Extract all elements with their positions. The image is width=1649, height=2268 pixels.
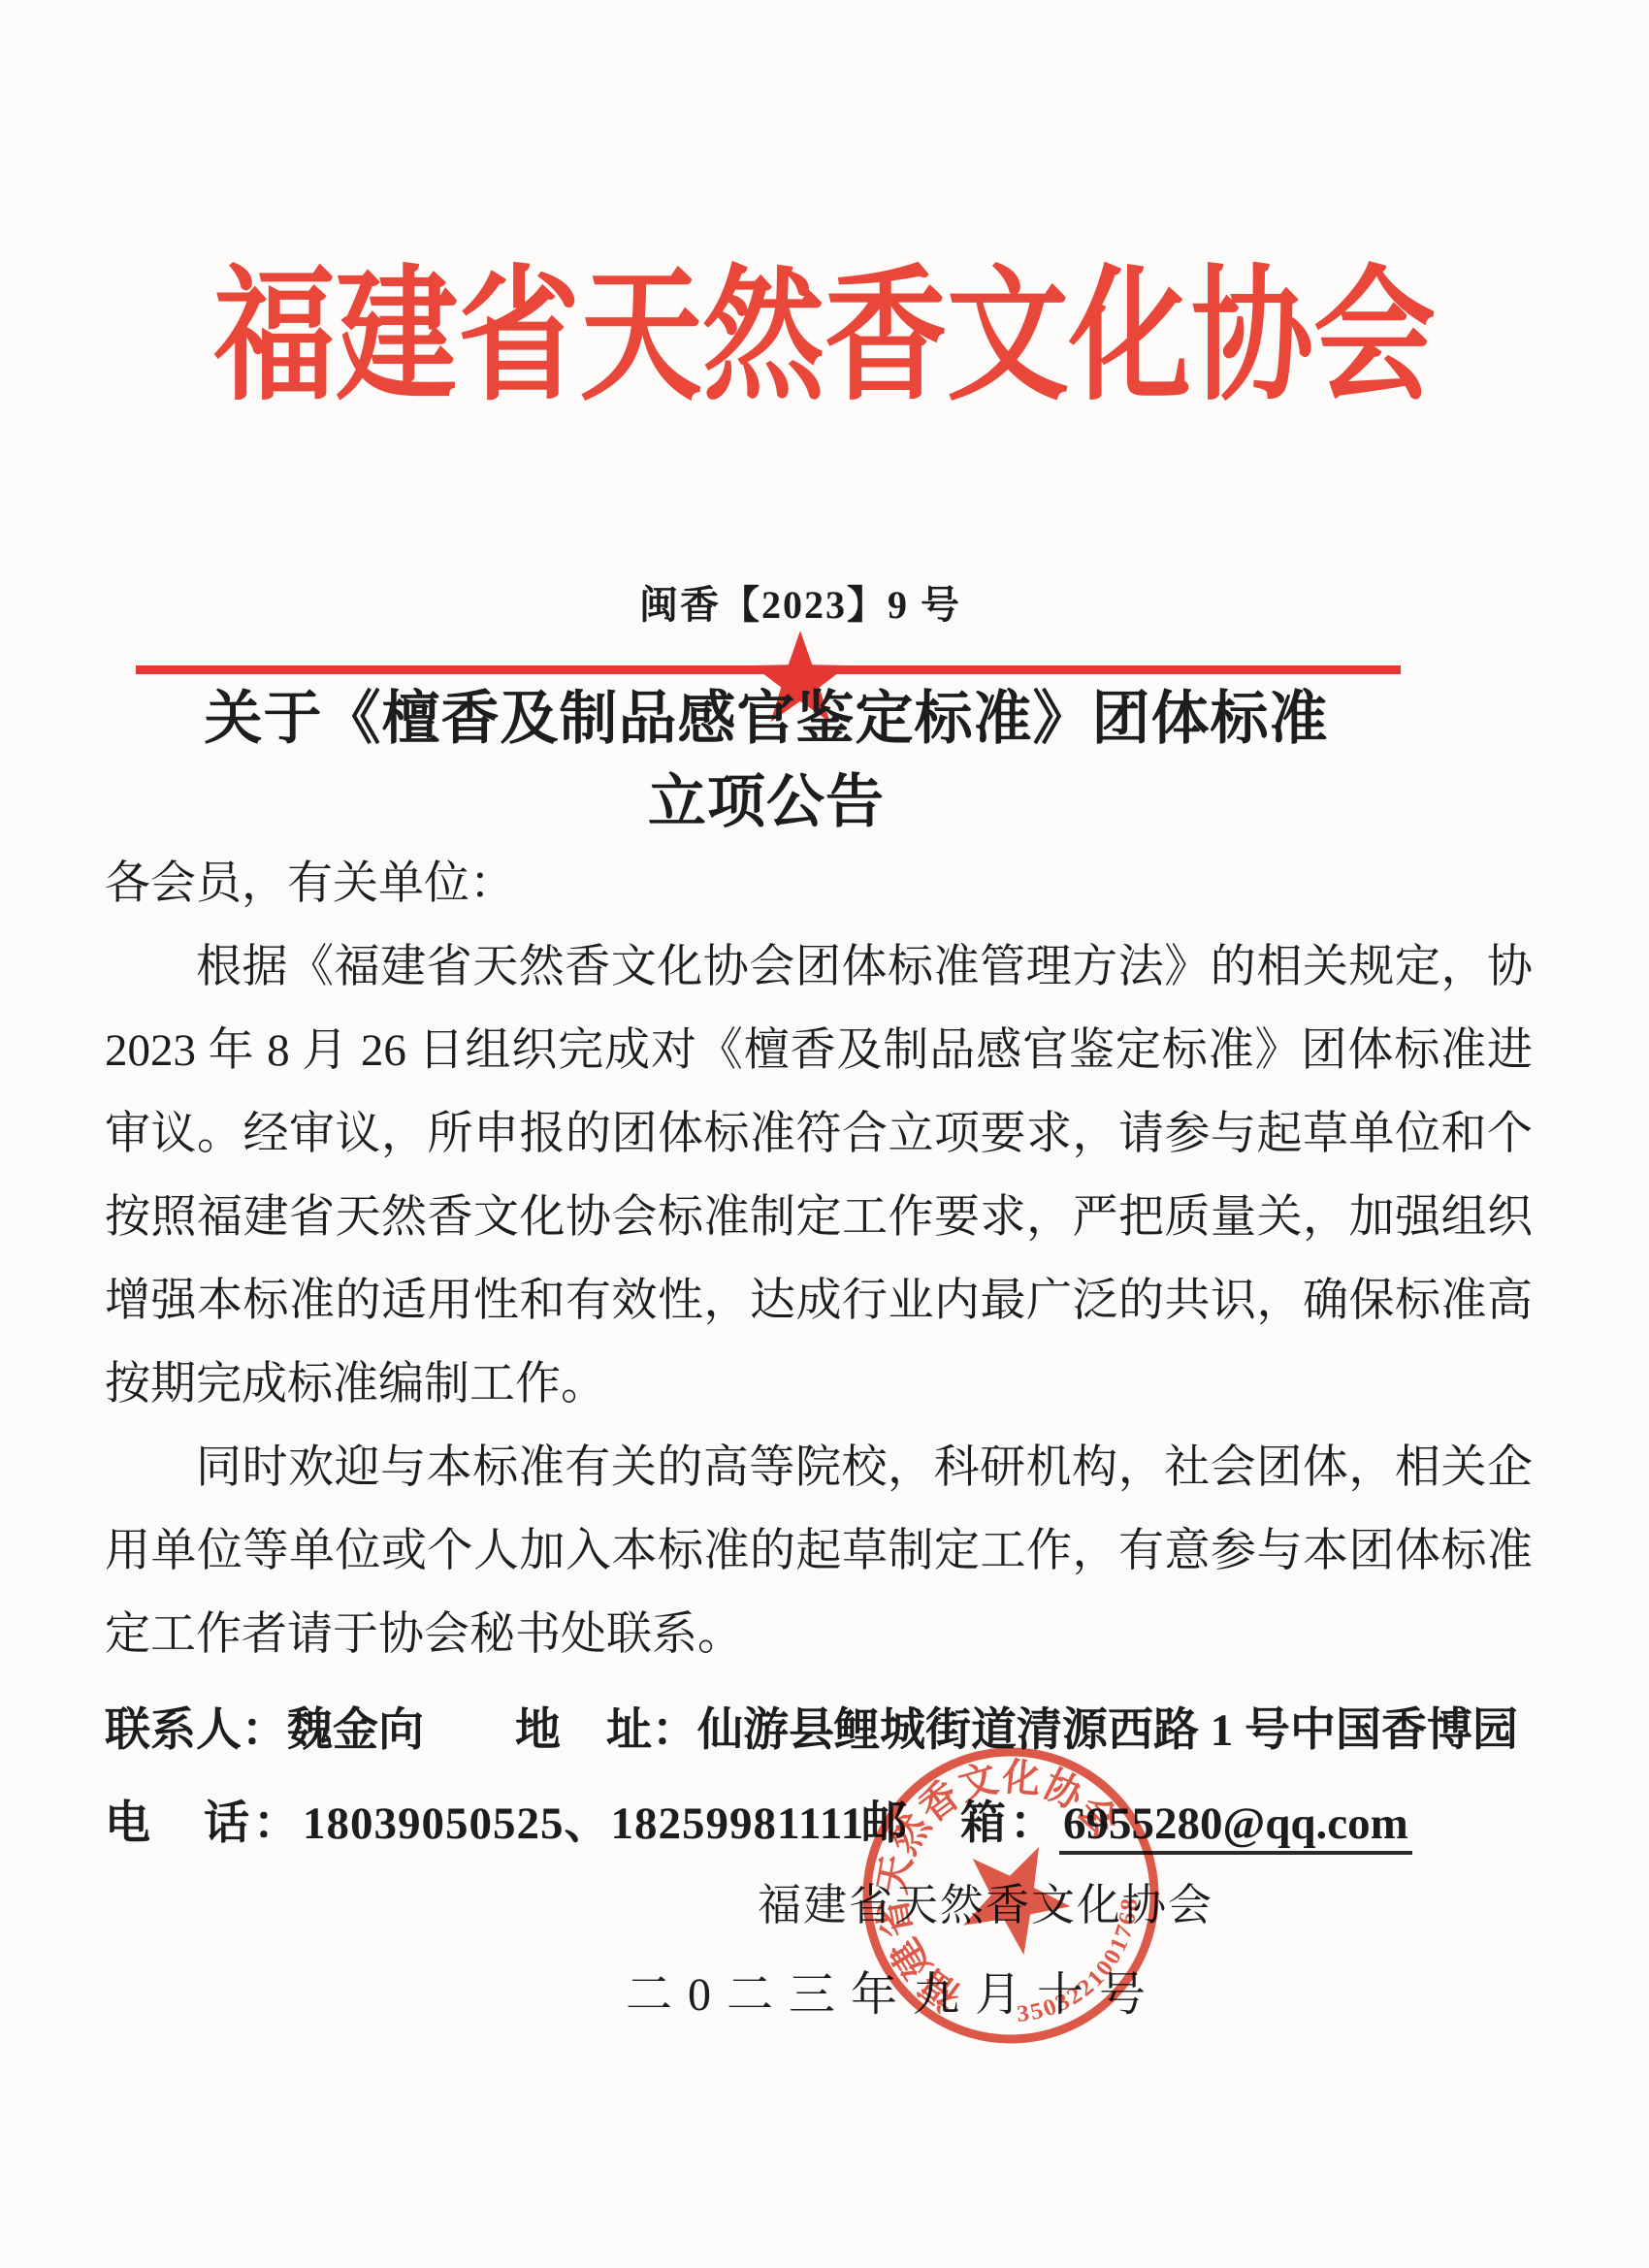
body-line: 定工作者请于协会秘书处联系。 xyxy=(105,1593,1533,1676)
signature-date: 二0二三年九月十号 xyxy=(0,1965,1649,2025)
body-line: 根据《福建省天然香文化协会团体标准管理方法》的相关规定，协会已于 xyxy=(105,925,1533,1009)
contact-line: 联系人：魏金向 地 址：仙游县鲤城街道清源西路 1 号中国香博园 xyxy=(105,1700,1542,1762)
body-line: 增强本标准的适用性和有效性，达成行业内最广泛的共识，确保标准高质量， xyxy=(105,1259,1533,1343)
body-line: 各会员，有关单位： xyxy=(105,842,1533,925)
body-line: 审议。经审议，所申报的团体标准符合立项要求，请参与起草单位和个人严格 xyxy=(105,1092,1533,1176)
body-block: 各会员，有关单位：根据《福建省天然香文化协会团体标准管理方法》的相关规定，协会已… xyxy=(105,842,1533,1676)
doc-title: 关于《檀香及制品感官鉴定标准》团体标准 立项公告 xyxy=(0,677,1649,844)
phone-numbers: 18039050525、18259981111 xyxy=(303,1798,864,1849)
doc-title-line2: 立项公告 xyxy=(0,761,1533,844)
document-page: 福建省天然香文化协会 闽香【2023】9 号 关于《檀香及制品感官鉴定标准》团体… xyxy=(0,0,1649,2268)
body-line: 同时欢迎与本标准有关的高等院校，科研机构，社会团体，相关企业，使 xyxy=(105,1426,1533,1509)
phone-email-line: 电 话：18039050525、18259981111 邮 箱：6955280@… xyxy=(0,1793,1649,1861)
body-line: 2023 年 8 月 26 日组织完成对《檀香及制品感官鉴定标准》团体标准进行立… xyxy=(105,1009,1533,1092)
phone-label: 电 话： xyxy=(105,1798,303,1849)
body-line: 按期完成标准编制工作。 xyxy=(105,1343,1533,1426)
body-line: 按照福建省天然香文化协会标准制定工作要求，严把质量关，加强组织协调， xyxy=(105,1176,1533,1259)
phone-part: 电 话：18039050525、18259981111 xyxy=(105,1793,864,1855)
org-title-header: 福建省天然香文化协会 xyxy=(132,258,1517,418)
doc-number: 闽香【2023】9 号 xyxy=(0,574,1649,630)
body-line: 用单位等单位或个人加入本标准的起草制定工作，有意参与本团体标准起草制 xyxy=(105,1509,1533,1593)
seal-star-icon xyxy=(935,1820,1085,1970)
doc-title-line1: 关于《檀香及制品感官鉴定标准》团体标准 xyxy=(0,677,1533,761)
